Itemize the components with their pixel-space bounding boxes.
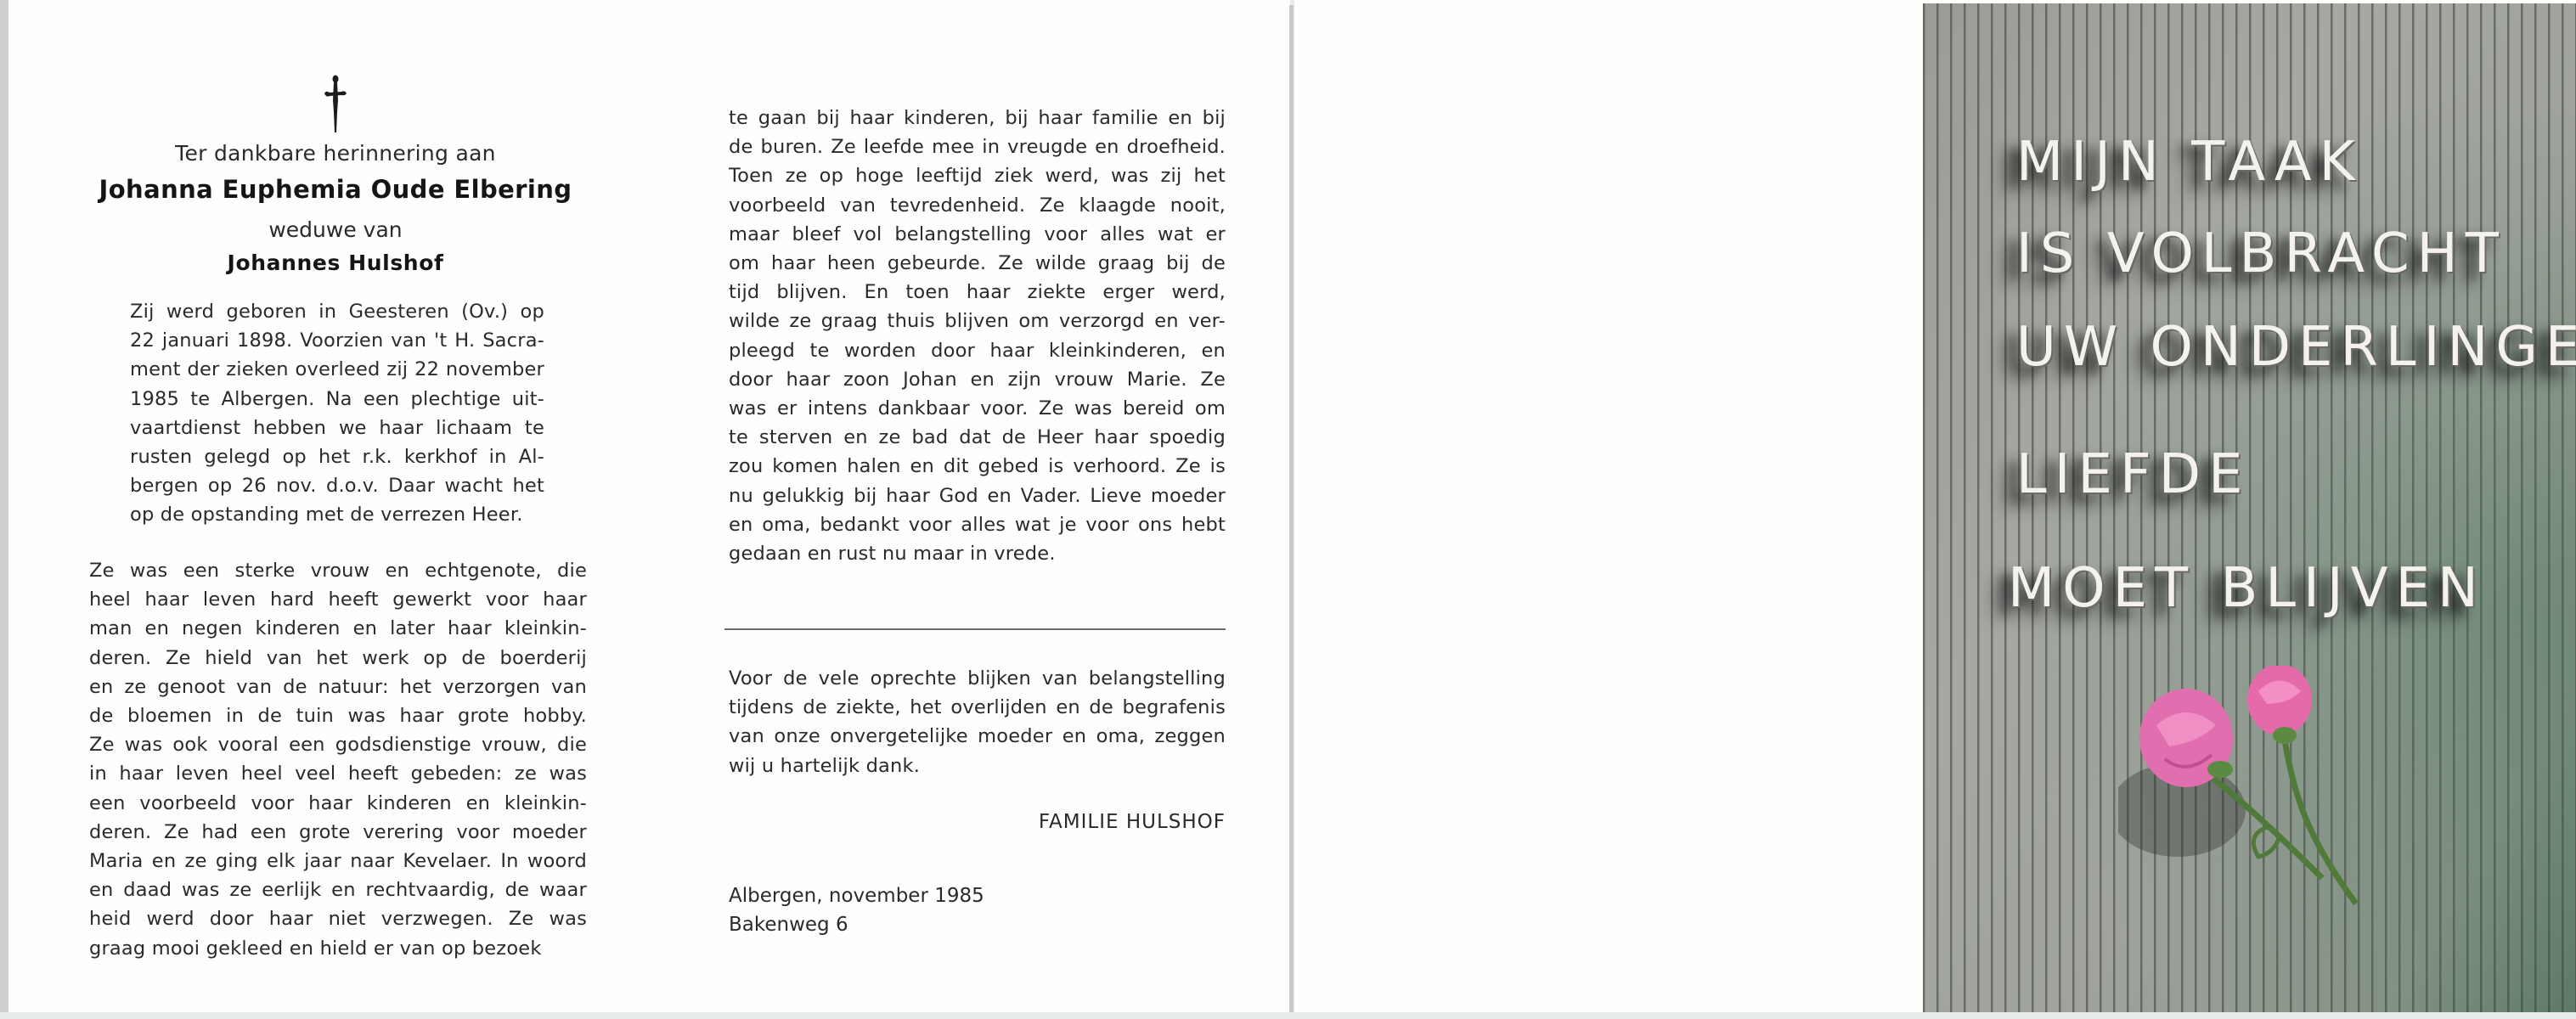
text-line: graag mooi gekleed en hield er van op be… (89, 934, 587, 963)
text-line: zou komen halen en dit gebed is verhoord… (729, 452, 1226, 481)
inscription-line: LIEFDE (2016, 443, 2251, 506)
address: Bakenweg 6 (729, 910, 984, 939)
text-line: en oma, bedankt voor alles wat je voor o… (729, 510, 1226, 539)
text-line: Ze was ook vooral een godsdienstige vrou… (89, 730, 587, 759)
text-line: heid werd door haar niet verzwegen. Ze w… (89, 904, 587, 933)
relation-text: weduwe van (85, 217, 586, 242)
text-line: pleegd te worden door haar kleinkinderen… (729, 336, 1226, 365)
spouse-name: Johannes Hulshof (85, 251, 586, 275)
text-line: maar bleef vol belangstelling voor alles… (729, 220, 1226, 249)
text-line: tijd blijven. En toen haar ziekte erger … (729, 278, 1226, 307)
intro-text: Ter dankbare herinnering aan (85, 141, 586, 166)
bio-paragraph: Zij werd geboren in Geesteren (Ov.) op22… (130, 297, 544, 530)
text-line: op de opstanding met de verrezen Heer. (130, 500, 544, 529)
text-line: Zij werd geboren in Geesteren (Ov.) op (130, 297, 544, 326)
text-line: rusten gelegd op het r.k. kerkhof in Al- (130, 442, 544, 471)
text-line: en ze genoot van de natuur: het verzorge… (89, 673, 587, 701)
text-line: en daad was ze eerlijk en rechtvaardig, … (89, 875, 587, 904)
text-line: wij u hartelijk dank. (729, 752, 1226, 780)
inscription-line: MOET BLIJVEN (2008, 557, 2486, 620)
text-line: gedaan en rust nu maar in vrede. (729, 539, 1226, 568)
text-line: te gaan bij haar kinderen, bij haar fami… (729, 104, 1226, 132)
text-line: om haar heen gebeurde. Ze wilde graag bi… (729, 249, 1226, 278)
inscription-line: IS VOLBRACHT (2016, 222, 2506, 285)
deceased-name: Johanna Euphemia Oude Elbering (85, 175, 586, 204)
family-signature: FAMILIE HULSHOF (943, 811, 1226, 833)
place-and-address: Albergen, november 1985 Bakenweg 6 (729, 881, 984, 939)
text-line: 22 januari 1898. Voorzien van 't H. Sacr… (130, 326, 544, 355)
rose-right (2247, 666, 2312, 735)
plaque-photo: MIJN TAAK IS VOLBRACHT UW ONDERLINGE LIE… (1923, 3, 2576, 1012)
cross-icon (323, 75, 348, 134)
text-line: nu gelukkig bij haar God en Vader. Lieve… (729, 481, 1226, 510)
text-line: ment der zieken overleed zij 22 november (130, 355, 544, 384)
text-line: Ze was een sterke vrouw en echtgenote, d… (89, 556, 587, 585)
place-date: Albergen, november 1985 (729, 881, 984, 910)
continued-paragraph: te gaan bij haar kinderen, bij haar fami… (729, 104, 1226, 568)
text-line: in haar leven heel veel heeft gebeden: z… (89, 759, 587, 788)
text-line: door haar zoon Johan en zijn vrouw Marie… (729, 365, 1226, 394)
text-line: van onze onvergetelijke moeder en oma, z… (729, 722, 1226, 751)
text-line: Voor de vele oprechte blijken van belang… (729, 664, 1226, 693)
text-line: deren. Ze had een grote verering voor mo… (89, 818, 587, 847)
text-line: deren. Ze hield van het werk op de boerd… (89, 644, 587, 673)
text-line: was er intens dankbaar voor. Ze was bere… (729, 394, 1226, 423)
life-paragraph: Ze was een sterke vrouw en echtgenote, d… (89, 556, 587, 963)
text-line: voorbeeld van tevredenheid. Ze klaagde n… (729, 191, 1226, 220)
text-line: Maria en ze ging elk jaar naar Kevelaer.… (89, 847, 587, 875)
memorial-card-inside: Ter dankbare herinnering aan Johanna Eup… (0, 0, 1290, 1012)
thanks-paragraph: Voor de vele oprechte blijken van belang… (729, 664, 1226, 780)
card-fold-edge (1289, 5, 1294, 1012)
text-line: te sterven en ze bad dat de Heer haar sp… (729, 423, 1226, 452)
divider-rule (724, 628, 1226, 630)
text-line: heel haar leven hard heeft gewerkt voor … (89, 585, 587, 614)
text-line: vaartdienst hebben we haar lichaam te (130, 414, 544, 442)
roses-icon (2118, 666, 2398, 946)
text-line: wilde ze graag thuis blijven om verzorgd… (729, 307, 1226, 335)
text-line: de buren. Ze leefde mee in vreugde en dr… (729, 132, 1226, 161)
text-line: een voorbeeld voor haar kinderen en klei… (89, 789, 587, 818)
text-line: 1985 te Albergen. Na een plechtige uit- (130, 385, 544, 414)
text-line: de bloemen in de tuin was haar grote hob… (89, 701, 587, 730)
inscription-line: MIJN TAAK (2016, 131, 2363, 194)
text-line: bergen op 26 nov. d.o.v. Daar wacht het (130, 471, 544, 500)
text-line: Toen ze op hoge leeftijd ziek werd, was … (729, 161, 1226, 190)
inscription-line: UW ONDERLINGE (2016, 316, 2576, 379)
text-line: tijdens de ziekte, het overlijden en de … (729, 693, 1226, 722)
text-line: man en negen kinderen en later haar klei… (89, 614, 587, 643)
